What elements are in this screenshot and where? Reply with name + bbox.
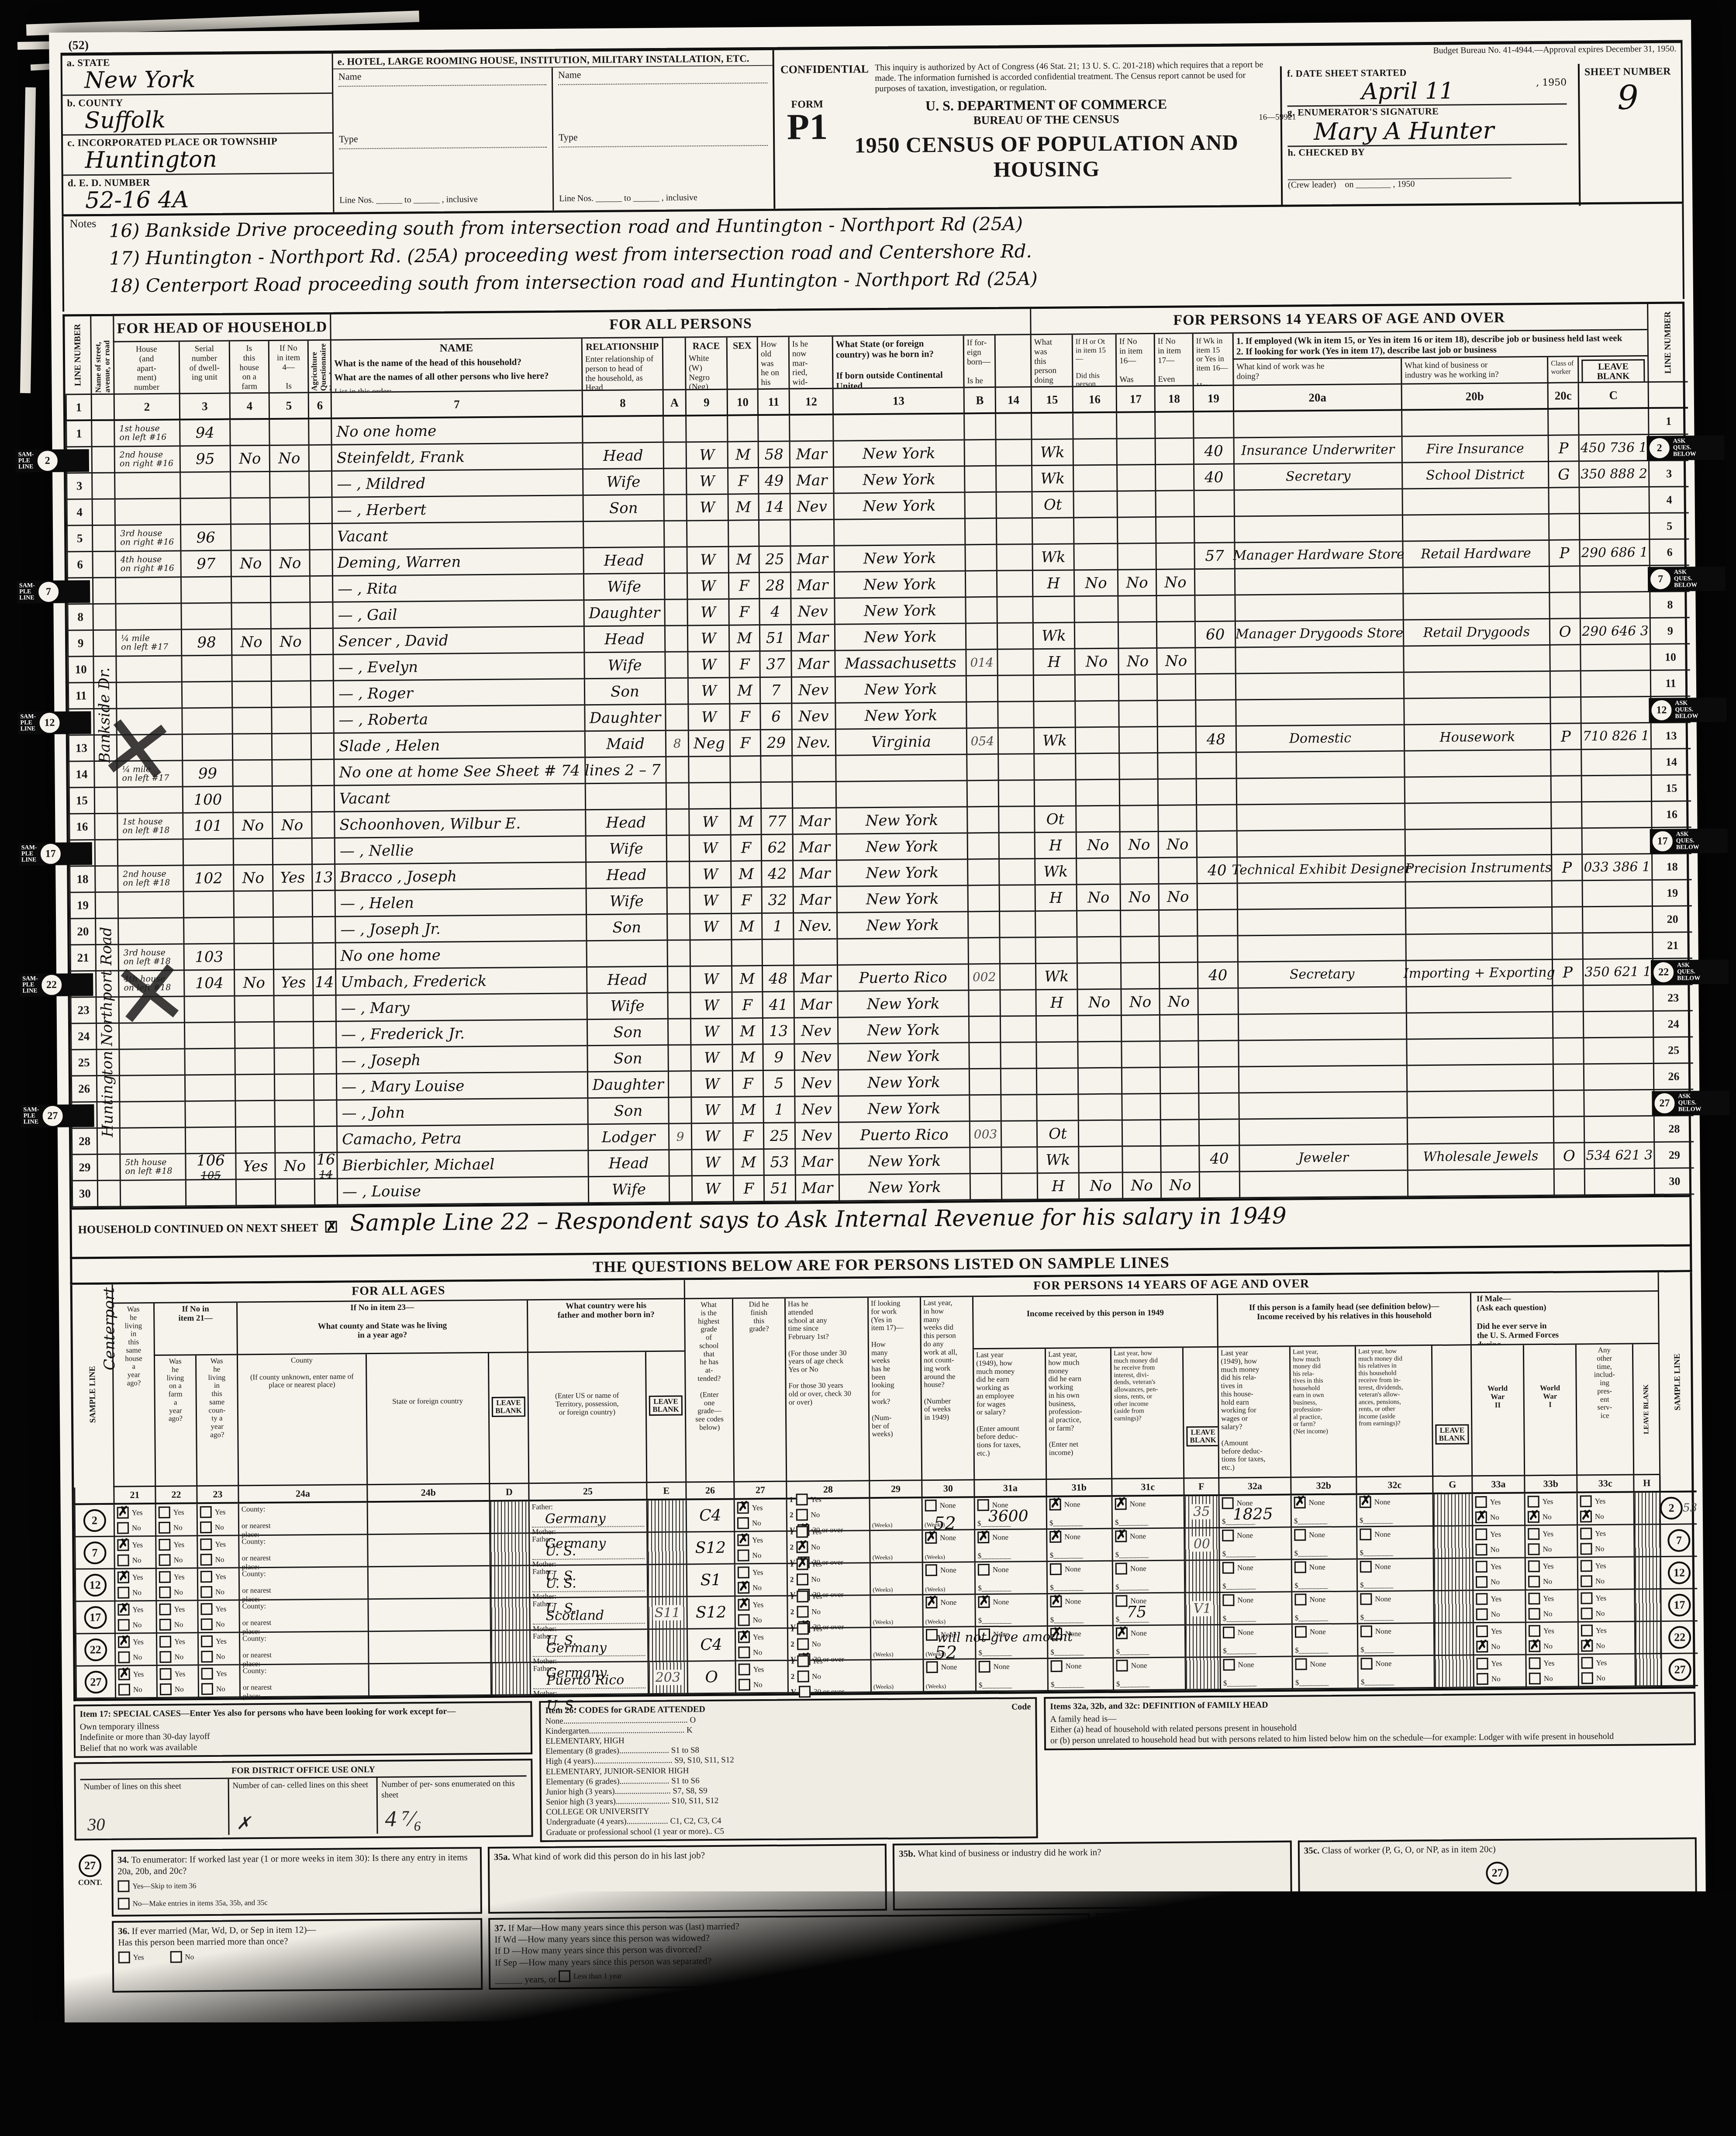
cell-value-in: School District	[1426, 467, 1525, 484]
census-form-paper: (52) a. STATE New York b. COUNTY Suffolk…	[49, 20, 1707, 2024]
row-21-i18	[1158, 937, 1197, 964]
row-10-h	[115, 657, 181, 683]
row-13-nm: Slade , Helen	[333, 732, 584, 760]
cell-value-C: 290 646 3	[1582, 623, 1649, 639]
none-checkbox: None	[978, 1596, 1009, 1608]
row-27-i15	[1036, 1095, 1077, 1122]
refused-note: will not give amount	[937, 1629, 1073, 1645]
dollar-line: $________	[979, 1680, 1045, 1690]
checkbox-label: No	[216, 1653, 225, 1660]
row-27-h	[119, 1102, 184, 1129]
row-22-rc: W	[690, 967, 731, 993]
cell-value-cl: P	[1560, 544, 1570, 562]
none-checkbox: None	[1294, 1497, 1325, 1509]
row-8-line: 8	[67, 605, 92, 631]
county-label: County:	[242, 1504, 365, 1514]
row-30-hr	[1199, 1172, 1239, 1199]
row-20-oc	[1237, 909, 1405, 937]
line-number-col-header-right: LINE NUMBER	[1647, 304, 1688, 383]
row-11-sn	[181, 682, 231, 709]
no-checkbox: No	[200, 1586, 236, 1598]
row-11-line: 11	[68, 683, 93, 709]
row-20-f	[233, 918, 273, 944]
cell-value-bp: New York	[868, 1152, 941, 1170]
none-checkbox: None	[1116, 1660, 1147, 1672]
sample-row-7-D	[489, 1534, 529, 1567]
sample-row-22-D	[490, 1631, 530, 1664]
checkbox-box	[1294, 1529, 1306, 1541]
row-25-i16	[1077, 1042, 1121, 1069]
row-29-ag: 53	[763, 1150, 794, 1176]
header-left: a. STATE New York b. COUNTY Suffolk c. I…	[62, 54, 335, 214]
cell-value-f: No	[239, 450, 261, 467]
sample-row-22-c24a: County:or nearest place:	[239, 1632, 368, 1666]
row-6-rc: W	[686, 547, 728, 574]
option-prefix: 1	[790, 1657, 794, 1666]
weeks-label: (Weeks)	[873, 1652, 893, 1659]
cell-value-sx: M	[737, 629, 752, 647]
sample-line-badge-text: SAM- PLE LINE	[20, 714, 36, 732]
row-28-hr	[1198, 1120, 1239, 1147]
row-29-q: 1614	[314, 1153, 336, 1179]
none-checkbox: None	[925, 1597, 956, 1609]
row-1-B	[963, 414, 995, 441]
yes-checkbox: Yes	[1528, 1495, 1574, 1507]
row-27-ag: 1	[763, 1097, 794, 1124]
serial-number-struck: 105	[201, 1169, 221, 1182]
cell-value-sx: M	[735, 446, 751, 463]
none-checkbox: None	[1360, 1625, 1391, 1638]
cell-value-bp: New York	[866, 916, 939, 934]
ask-badge-number: 17	[1653, 831, 1673, 851]
cell-value-f: No	[243, 974, 265, 992]
row-17-f	[233, 839, 272, 866]
sample-row-2-a31: None$________3600	[974, 1497, 1046, 1530]
row-20-hr	[1197, 910, 1237, 937]
cell-value-rc: W	[701, 682, 716, 700]
row-5-r	[583, 522, 663, 548]
cell-value-r: Head	[606, 866, 646, 884]
person-name: — , Helen	[340, 894, 414, 912]
row-2-rc: W	[686, 442, 727, 469]
row-16-f: No	[232, 813, 272, 840]
cell-value-rc: W	[702, 813, 718, 831]
serial-number: 95	[196, 450, 215, 468]
sample-row-2-c31: None$________	[1111, 1497, 1184, 1529]
sample-row-12-c24a: County:or nearest place:	[238, 1568, 368, 1601]
row-6-in: Retail Hardware	[1402, 541, 1548, 568]
checkbox-box	[1360, 1529, 1371, 1541]
row-15-nt	[998, 781, 1034, 808]
checkbox-label: None	[1238, 1661, 1254, 1669]
hotel-linenos: Line Nos. ______ to ______ , inclusive	[339, 194, 547, 211]
row-7-hr	[1194, 570, 1234, 596]
row-14-ag	[760, 757, 791, 783]
yes-checkbox: Yes	[1475, 1496, 1522, 1508]
row-6-bp: New York	[833, 546, 964, 573]
checkbox-box	[926, 1629, 938, 1641]
cell-value-a: Yes	[281, 974, 306, 991]
row-17-oc	[1236, 830, 1405, 858]
col-hours-header: If Wk in item 15 or Yes in item 16— How …	[1192, 334, 1233, 387]
no-checkbox: No	[1529, 1672, 1576, 1684]
row-7-street	[92, 578, 115, 605]
row-18-sn: 102	[183, 866, 233, 892]
cell-value-ag: 14	[765, 498, 784, 516]
sample-column-number: 29	[869, 1481, 921, 1499]
checkbox-box	[738, 1646, 750, 1658]
cell-value-ag: 1	[773, 918, 783, 935]
row-15-m	[792, 782, 835, 809]
row-12-sx: F	[729, 704, 759, 731]
row-29-i15: Wk	[1036, 1147, 1078, 1174]
row-23-nt	[999, 991, 1035, 1017]
cell-value-cl: P	[1559, 439, 1569, 457]
row-6-m: Mar	[790, 546, 833, 573]
sample-row-17-c31: None$________75	[1112, 1593, 1184, 1626]
row-16-nm: Schoonhoven, Wilbur E.	[334, 811, 585, 839]
row-19-i18: No	[1158, 885, 1197, 911]
cell-value-i15: H	[1050, 994, 1063, 1012]
leaveblank-pencil-value: 00	[1192, 1536, 1212, 1552]
sample-row-22-q23: YesNo	[197, 1633, 239, 1666]
yes-checkbox: Yes	[200, 1570, 236, 1583]
armed-forces-column: YesNo	[1528, 1559, 1575, 1588]
cell-value-m: Mar	[797, 550, 828, 568]
row-1-cl	[1547, 410, 1578, 436]
checkbox-box	[1223, 1659, 1235, 1671]
sample-row-27-D	[490, 1663, 530, 1696]
none-checkbox: None	[1049, 1499, 1080, 1511]
row-11-C	[1580, 671, 1650, 698]
sample-row-2-H	[1633, 1493, 1660, 1525]
cell-value-m: Mar	[799, 865, 831, 883]
attended-option: 1Yes	[790, 1623, 868, 1635]
row-19-cl	[1551, 881, 1582, 908]
row-2-street	[91, 447, 114, 474]
option-prefix: 2	[790, 1575, 794, 1584]
cell-value-bp: New York	[866, 864, 939, 882]
row-21-i15	[1035, 938, 1076, 964]
yes-checkbox: Yes	[739, 1663, 785, 1676]
no-checkbox: No	[1476, 1608, 1523, 1620]
person-name: Slade , Helen	[339, 737, 440, 755]
row-30-m: Mar	[795, 1175, 839, 1202]
sample-row-7-H	[1633, 1525, 1660, 1557]
sample-row-17-c24a: County:or nearest place:	[238, 1600, 368, 1633]
sample-row-2-c33: YesNo	[1577, 1493, 1634, 1526]
person-name: Schoonhoven, Wilbur E.	[339, 815, 521, 833]
column-number	[1648, 383, 1688, 409]
row-3-m: Mar	[789, 468, 833, 494]
cell-value-rc: W	[704, 1075, 719, 1093]
row-17-C	[1581, 828, 1651, 855]
checkbox-box	[1295, 1626, 1307, 1638]
row-16-i16	[1075, 806, 1119, 833]
father-country: Scotland	[546, 1608, 645, 1624]
attended-checkbox: No	[796, 1509, 820, 1521]
row-20-sx: M	[731, 914, 761, 940]
row-9-h: ¼ mile on left #17	[115, 630, 181, 657]
checkbox-label: Yes	[811, 1560, 822, 1568]
row-7-line: SAM- PLE LINE7	[67, 578, 92, 605]
row-28-r: Lodger	[587, 1124, 668, 1151]
row-14-nm: No one at home See Sheet # 74 lines 2 – …	[333, 758, 584, 787]
cell-value-r: Son	[614, 1102, 643, 1120]
row-7-sx: F	[728, 573, 759, 600]
row-18-i17	[1119, 858, 1158, 885]
dollar-line: $________	[1115, 1583, 1182, 1592]
ask-badge-number: 12	[1651, 700, 1671, 720]
person-name: Vacant	[339, 790, 390, 808]
row-10-sn	[181, 656, 231, 683]
cell-value-i15: Ot	[1044, 496, 1062, 514]
row-20-i17	[1120, 911, 1158, 937]
cell-value-bp: Massachusetts	[845, 654, 956, 672]
attended-option: 2No	[790, 1606, 867, 1618]
row-20-sn	[183, 918, 233, 945]
yes-checkbox: Yes	[200, 1603, 236, 1615]
yes-checkbox: Yes	[738, 1566, 784, 1579]
cell-value-sx: F	[739, 577, 749, 594]
leaveblank-pencil-value: S11	[653, 1605, 682, 1621]
row-29-lineR: 29	[1653, 1143, 1694, 1169]
armed-forces-column: YesNo	[1476, 1624, 1523, 1653]
if-no-21-group: If No in item 21—	[153, 1303, 237, 1356]
cell-value-ag: 29	[767, 734, 786, 752]
sample-row-27-b32: None$________	[1291, 1657, 1357, 1690]
row-16-B	[966, 807, 998, 834]
row-9-i18	[1156, 622, 1194, 649]
row-4-ag: 14	[758, 494, 790, 521]
row-23-in	[1405, 986, 1552, 1014]
row-9-bp: New York	[834, 624, 965, 651]
amount-value: 3600	[988, 1507, 1028, 1526]
row-12-sn	[181, 709, 231, 735]
checkbox-label: Yes	[216, 1670, 227, 1677]
no-checkbox: No	[117, 1586, 153, 1599]
row-11-cl	[1550, 672, 1580, 698]
column-number: 1	[66, 395, 91, 421]
attended-checkbox: Yes	[796, 1526, 822, 1538]
sample-row-27-ln: 27	[76, 1666, 115, 1699]
row-15-oc	[1236, 778, 1404, 805]
row-6-A	[663, 548, 686, 574]
pencil-x-mark: ✕	[93, 700, 181, 801]
checkbox-label: No	[216, 1685, 225, 1693]
sample-row-22-b32: None$________	[1291, 1624, 1357, 1657]
sample-row-7-c31: None$________	[1111, 1529, 1184, 1562]
weeks-label: (Weeks)	[926, 1683, 946, 1690]
street-col-header: Name of street, avenue, or road	[90, 316, 113, 395]
checkbox-box	[1477, 1673, 1488, 1685]
cell-value-i17: No	[1131, 1177, 1153, 1194]
checkbox-label: Yes	[1596, 1627, 1607, 1634]
row-10-cl	[1549, 646, 1580, 672]
checkbox-label: No	[1491, 1675, 1501, 1683]
sample-row-27-c28: 1Yes2NoV30 or over	[787, 1661, 870, 1694]
row-26-bp: New York	[838, 1070, 969, 1097]
cell-value-i15: H	[1052, 1178, 1065, 1195]
cell-value-m: Nev	[801, 1101, 832, 1119]
row-20-a	[273, 918, 312, 944]
col-relationship-header: RELATIONSHIP Enter relationship of perso…	[581, 338, 663, 391]
row-5-a	[269, 525, 309, 551]
row-15-line: 15	[69, 788, 94, 814]
row-25-lineR: 25	[1653, 1038, 1693, 1065]
row-16-nt	[998, 807, 1034, 834]
none-checkbox: None	[1049, 1531, 1080, 1543]
cell-value-sx: F	[742, 996, 752, 1014]
row-9-i17	[1118, 622, 1156, 649]
row-4-r: Son	[583, 495, 663, 522]
checkbox-label: Yes	[811, 1528, 822, 1535]
checkbox-box	[200, 1554, 212, 1566]
checkbox-box	[738, 1631, 750, 1643]
cell-value-rc: W	[705, 1180, 720, 1198]
checkbox-label: Yes	[132, 1606, 143, 1613]
serial-number: 104	[195, 975, 224, 992]
none-checkbox: None	[925, 1564, 956, 1576]
row-18-lineR: 18	[1651, 854, 1691, 881]
checkbox-label: Yes	[1596, 1659, 1607, 1666]
checkbox-label: Yes	[1595, 1497, 1606, 1505]
cell-value-oc: Domestic	[1289, 731, 1351, 747]
checkbox-label: Yes	[216, 1638, 227, 1645]
row-6-line: 6	[66, 552, 92, 578]
row-17-in	[1405, 829, 1551, 857]
checkbox-label: None	[1237, 1532, 1253, 1539]
col-33a-header: World War II	[1470, 1345, 1524, 1477]
sample-column-number	[74, 1487, 113, 1505]
row-2-m: Mar	[789, 442, 833, 468]
sample-row-22-F	[1184, 1625, 1220, 1658]
row-5-nm: Vacant	[331, 522, 583, 551]
sample-row-22-H	[1634, 1622, 1661, 1654]
cell-value-rc: Neg	[694, 735, 725, 753]
checkbox-box	[1050, 1596, 1062, 1607]
dollar-line: $________	[1116, 1615, 1182, 1624]
row-15-i15	[1034, 781, 1075, 807]
checkbox-box	[796, 1574, 808, 1586]
checkbox-label: No	[1596, 1610, 1605, 1617]
no-checkbox: No	[739, 1679, 785, 1691]
row-30-r: Wife	[588, 1177, 669, 1203]
checkbox-label: Yes	[1491, 1660, 1502, 1667]
sample-row-17-lr: 17	[1660, 1590, 1698, 1622]
yes-checkbox: Yes	[117, 1507, 153, 1519]
serial-number: 102	[194, 870, 223, 888]
row-20-line: 20	[69, 919, 95, 945]
row-18-i15: Wk	[1034, 859, 1076, 886]
sample-row-17-c32: None$________	[1356, 1591, 1433, 1624]
row-27-rc: W	[690, 1098, 732, 1124]
cell-value-r: Son	[611, 683, 639, 701]
cell-value-rc: W	[701, 709, 717, 726]
checkbox-label: No	[752, 1584, 762, 1591]
sample-row-17-a31: None$________	[974, 1594, 1047, 1627]
attended-checkbox: No	[797, 1670, 821, 1682]
row-8-h	[115, 604, 180, 631]
row-8-hr	[1194, 596, 1234, 622]
sample-lines-table: SAMPLE LINE FOR ALL AGES FOR PERSONS 14 …	[70, 1272, 1695, 1701]
checkbox-label: Yes	[1490, 1531, 1501, 1538]
row-29-i16	[1078, 1147, 1122, 1174]
armed-forces-column: YesNo	[1581, 1559, 1632, 1588]
col-item16-header: If H or Ot in item 15— Did this person d…	[1072, 335, 1116, 387]
cell-value-f: Yes	[243, 1158, 268, 1175]
checkbox-label: Yes	[1491, 1595, 1501, 1603]
row-4-cl	[1548, 488, 1578, 515]
sample-row-22-c27: YesNo	[735, 1629, 787, 1662]
row-1-i15	[1031, 414, 1072, 440]
sample-line-badge: SAM- PLE LINE12	[17, 712, 91, 735]
row-22-B: 002	[968, 964, 999, 991]
row-4-nm: — , Herbert	[331, 496, 583, 525]
row-9-nm: Sencer , David	[332, 627, 583, 656]
population-table: LINE NUMBER Name of street, avenue, or r…	[62, 302, 1691, 1210]
sample-line-badge-text: SAM- PLE LINE	[19, 583, 35, 601]
sample-row-2-q21: YesNo	[114, 1504, 155, 1537]
yes-checkbox: Yes	[1581, 1624, 1632, 1636]
row-16-ag: 77	[760, 809, 792, 836]
row-18-A	[666, 862, 689, 888]
row-3-i15: Wk	[1031, 466, 1073, 493]
checkbox-label: No	[174, 1621, 183, 1628]
row-7-a	[270, 577, 309, 604]
cell-value-cl: O	[1563, 1147, 1575, 1165]
row-9-sn: 98	[181, 630, 231, 657]
row-16-sx: M	[730, 809, 760, 836]
attended-checkbox: Yes	[797, 1590, 822, 1602]
row-5-i18	[1155, 518, 1194, 544]
dollar-line: $________	[1049, 1518, 1109, 1528]
col-house-header: House (and apart- ment) number	[113, 342, 179, 395]
row-4-h	[114, 499, 180, 526]
sample-row-2-a32: None$________1825	[1218, 1496, 1291, 1528]
sample-row-17-c27: YesNo	[734, 1597, 787, 1629]
row-5-f	[230, 525, 269, 551]
row-21-C	[1582, 933, 1652, 960]
cell-value-r: Wife	[611, 997, 645, 1015]
cell-value-C: 350 621 1	[1584, 964, 1651, 980]
checkbox-label: Yes	[1543, 1530, 1553, 1538]
checkbox-box	[118, 1668, 130, 1680]
row-20-rc: W	[689, 914, 731, 941]
attended-school-column: 1Yes2NoV30 or over	[790, 1597, 868, 1626]
checkbox-box	[796, 1559, 808, 1570]
row-29-hr: 40	[1198, 1146, 1239, 1173]
checkbox-label: None	[1064, 1533, 1080, 1541]
row-30-i17: No	[1122, 1173, 1160, 1199]
row-26-oc	[1238, 1066, 1406, 1094]
row-23-f	[234, 996, 273, 1023]
cell-value-bp: New York	[863, 550, 936, 567]
option-prefix: 1	[790, 1624, 794, 1633]
option-prefix: 2	[790, 1640, 794, 1649]
person-name: Bierbichler, Michael	[342, 1156, 494, 1175]
row-20-in	[1405, 908, 1551, 935]
row-26-i16	[1077, 1068, 1121, 1095]
cell-value-ag: 7	[771, 682, 781, 699]
checkbox-box	[737, 1534, 749, 1546]
cell-value-in: Wholesale Jewels	[1423, 1149, 1538, 1165]
form-number: P1	[787, 111, 828, 144]
checkbox-label: None	[1065, 1566, 1081, 1573]
armed-forces-column: YesNo	[1476, 1592, 1523, 1621]
cell-value-r: Head	[604, 552, 644, 570]
cell-value-m: Mar	[796, 472, 828, 490]
